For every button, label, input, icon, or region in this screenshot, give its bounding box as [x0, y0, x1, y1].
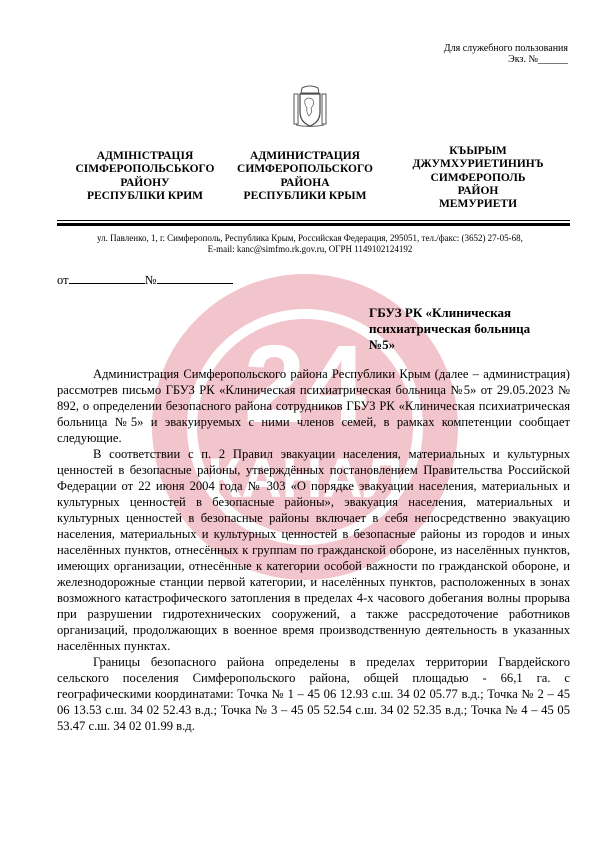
header-divider-thin: [57, 220, 570, 221]
org-ru-line: АДМИНИСТРАЦИЯ: [225, 150, 385, 163]
document-page: Для служебного пользования Экз. №______ …: [0, 0, 596, 842]
crimea-coat-of-arms-icon: [293, 84, 327, 128]
org-ru-line: СИМФЕРОПОЛЬСКОГО: [225, 163, 385, 176]
org-name-russian: АДМИНИСТРАЦИЯ СИМФЕРОПОЛЬСКОГО РАЙОНА РЕ…: [225, 150, 385, 203]
org-ru-line: РАЙОНА: [225, 177, 385, 190]
org-crh-line: КЪЫРЫМ: [388, 145, 568, 158]
date-label: от: [57, 273, 69, 287]
org-crh-line: ДЖУМХУРИЕТИНИНЪ: [388, 158, 568, 171]
classification-mark: Для служебного пользования Экз. №______: [444, 43, 568, 65]
email-ogrn-line: E-mail: kanc@simfmo.rk.gov.ru, ОГРН 1149…: [40, 244, 580, 255]
org-ua-line: РАЙОНУ: [60, 177, 230, 190]
header-divider-thick: [57, 223, 570, 226]
letter-body: Администрация Симферопольского района Ре…: [57, 366, 570, 734]
org-ua-line: РЕСПУБЛІКИ КРИМ: [60, 190, 230, 203]
org-ua-line: АДМІНІСТРАЦІЯ: [60, 150, 230, 163]
org-name-ukrainian: АДМІНІСТРАЦІЯ СІМФЕРОПОЛЬСЬКОГО РАЙОНУ Р…: [60, 150, 230, 203]
address-line: ул. Павленко, 1, г. Симферополь, Республ…: [40, 233, 580, 244]
org-ru-line: РЕСПУБЛИКИ КРЫМ: [225, 190, 385, 203]
org-crh-line: МЕМУРИЕТИ: [388, 198, 568, 211]
org-crh-line: СИМФЕРОПОЛЬ: [388, 172, 568, 185]
classification-label: Для служебного пользования: [444, 43, 568, 54]
recipient-line: ГБУЗ РК «Клиническая: [369, 305, 579, 321]
number-blank: [157, 272, 233, 284]
recipient-line: психиатрическая больница: [369, 321, 579, 337]
body-paragraph: Администрация Симферопольского района Ре…: [57, 366, 570, 446]
contact-address: ул. Павленко, 1, г. Симферополь, Республ…: [40, 233, 580, 255]
number-label: №: [145, 273, 157, 287]
org-crh-line: РАЙОН: [388, 185, 568, 198]
date-blank: [69, 272, 145, 284]
org-name-crimean-tatar: КЪЫРЫМ ДЖУМХУРИЕТИНИНЪ СИМФЕРОПОЛЬ РАЙОН…: [388, 145, 568, 211]
recipient-line: №5»: [369, 337, 579, 353]
recipient-block: ГБУЗ РК «Клиническая психиатрическая бол…: [369, 305, 579, 353]
body-paragraph: В соответствии с п. 2 Правил эвакуации н…: [57, 446, 570, 654]
copy-number: Экз. №______: [444, 54, 568, 65]
org-ua-line: СІМФЕРОПОЛЬСЬКОГО: [60, 163, 230, 176]
outgoing-reference: от№: [57, 272, 233, 288]
body-paragraph: Границы безопасного района определены в …: [57, 654, 570, 734]
